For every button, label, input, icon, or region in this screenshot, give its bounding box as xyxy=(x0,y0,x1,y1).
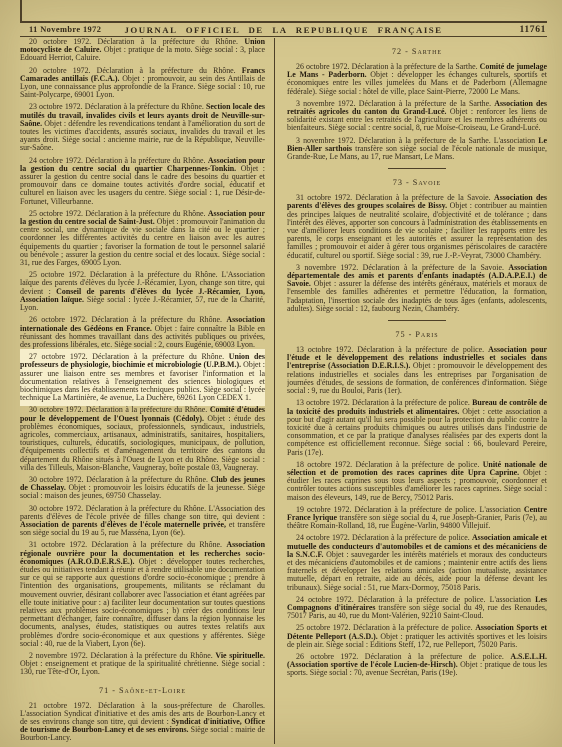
journal-officiel-page: 11 Novembre 1972 JOURNAL OFFICIEL DE LA … xyxy=(0,0,562,747)
declaration-entry: 3 novembre 1972. Déclaration à la préfec… xyxy=(287,137,547,162)
entry-text: Objet : enseignement et pratique de la s… xyxy=(20,659,265,676)
entry-text: 30 octobre 1972. Déclaration à la préfec… xyxy=(20,504,265,521)
issue-date: 11 Novembre 1972 xyxy=(29,25,101,34)
declaration-entry-highlighted: 27 octobre 1972. Déclaration à la préfec… xyxy=(20,353,265,402)
declaration-entry: 24 octobre 1972. Déclaration à la préfec… xyxy=(20,157,265,206)
two-column-body: 20 octobre 1972. Déclaration à la préfec… xyxy=(20,38,547,744)
declaration-entry: 18 octobre 1972. Déclaration à la préfec… xyxy=(287,461,547,502)
entry-text: Objet : cette association a pour but d'a… xyxy=(287,407,547,457)
entry-text: Objet : défendre les revendications tend… xyxy=(20,119,265,153)
entry-text: Objet : étude des problèmes économiques,… xyxy=(20,414,265,472)
section-divider-rule xyxy=(388,320,446,321)
declaration-entry: 3 novembre 1972. Déclaration à la préfec… xyxy=(287,100,547,133)
section-divider-rule xyxy=(388,168,446,169)
declaration-entry: 26 octobre 1972. Déclaration à la préfec… xyxy=(287,653,547,678)
declaration-entry: 24 octobre 1972. Déclaration à la préfec… xyxy=(287,534,547,591)
declaration-entry: 25 octobre 1972. Déclaration à la préfec… xyxy=(20,271,265,312)
declaration-entry: 19 octobre 1972. Déclaration à la préfec… xyxy=(287,506,547,531)
declaration-entry: 23 octobre 1972. Déclaration à la préfec… xyxy=(20,103,265,152)
page-number: 11761 xyxy=(520,24,546,35)
declaration-entry: 30 octobre 1972. Déclaration à la préfec… xyxy=(20,505,265,538)
declaration-entry: 26 octobre 1972. Déclaration à la préfec… xyxy=(287,63,547,96)
declaration-entry: 3 novembre 1972. Déclaration à la préfec… xyxy=(287,264,547,313)
declaration-entry: 31 octobre 1972. Déclaration à la préfec… xyxy=(20,541,265,648)
department-section-heading: 73 - Savoie xyxy=(287,178,547,187)
entry-text: Objet : contribuer au maintien des princ… xyxy=(287,201,547,259)
declaration-entry: 20 octobre 1972. Déclaration à la préfec… xyxy=(20,38,265,63)
declaration-entry: 13 octobre 1972. Déclaration à la préfec… xyxy=(287,346,547,395)
entry-text: Objet : sauvegarder les intérêts matérie… xyxy=(287,550,547,592)
page-header: 11 Novembre 1972 JOURNAL OFFICIEL DE LA … xyxy=(20,21,547,37)
declaration-entry: 30 octobre 1972. Déclaration à la préfec… xyxy=(20,476,265,501)
entry-text: Objet : assurer la défense des intérêts … xyxy=(287,279,547,313)
declaration-entry: 2 novembre 1972. Déclaration à la préfec… xyxy=(20,652,265,677)
declaration-entry: 13 octobre 1972. Déclaration à la préfec… xyxy=(287,399,547,456)
page-fold-mark xyxy=(20,0,22,22)
declaration-entry: 30 octobre 1972. Déclaration à la préfec… xyxy=(20,406,265,472)
entry-text: Objet : développer toutes recherches, ét… xyxy=(20,557,265,648)
department-section-heading: 75 - Paris xyxy=(287,330,547,339)
left-column: 20 octobre 1972. Déclaration à la préfec… xyxy=(20,38,265,744)
declaration-entry: 31 octobre 1972. Déclaration à la préfec… xyxy=(287,194,547,260)
department-section-heading: 72 - Sarthe xyxy=(287,47,547,56)
declaration-entry: 26 octobre 1972. Déclaration à la préfec… xyxy=(20,316,265,349)
declaration-entry: 21 octobre 1972. Déclaration à la sous-p… xyxy=(20,702,265,743)
declaration-entry: 25 octobre 1972. Déclaration à la préfec… xyxy=(287,624,547,649)
declaration-entry: 20 octobre 1972. Déclaration à la préfec… xyxy=(20,67,265,100)
department-section-heading: 71 - Saône-et-Loire xyxy=(20,686,265,695)
declaration-entry: 25 octobre 1972. Déclaration à la préfec… xyxy=(20,210,265,267)
entry-text: Objet : promouvoir l'animation du centre… xyxy=(20,217,265,267)
declaration-entry: 24 octobre 1972. Déclaration à la préfec… xyxy=(287,596,547,621)
column-divider-rule xyxy=(274,38,275,744)
right-column: 72 - Sarthe26 octobre 1972. Déclaration … xyxy=(287,38,547,744)
